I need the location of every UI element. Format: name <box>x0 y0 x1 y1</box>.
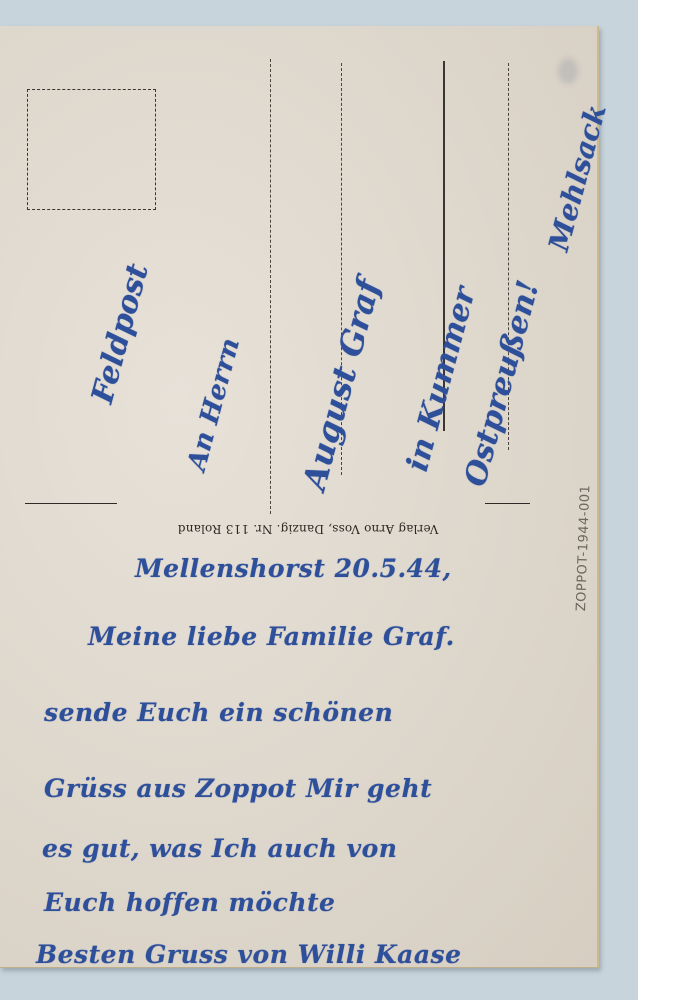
publisher-imprint: Verlag Arno Voss, Danzig. Nr. 113 Roland <box>123 522 493 536</box>
message-line-6: Euch hoffen möchte <box>44 888 335 917</box>
header-feldpost: Feldpost <box>85 260 156 407</box>
stamp-placeholder-box <box>27 89 156 210</box>
message-line-3: sende Euch ein schönen <box>44 698 393 727</box>
rule-left <box>25 503 117 504</box>
stain <box>558 58 578 84</box>
postcard-back: Verlag Arno Voss, Danzig. Nr. 113 Roland… <box>0 26 599 968</box>
pencil-catalog-note: ZOPPOT-1944-001 <box>574 484 593 611</box>
message-line-2: Meine liebe Familie Graf. <box>88 622 455 651</box>
message-line-7-signature: Besten Gruss von Willi Kaase <box>36 940 462 969</box>
address-divider-dashed <box>270 59 271 514</box>
message-line-1: Mellenshorst 20.5.44, <box>135 554 452 583</box>
salutation: An Herrn <box>182 335 246 474</box>
rule-right <box>485 503 530 504</box>
message-line-5: es gut, was Ich auch von <box>42 834 397 863</box>
message-line-4: Grüss aus Zoppot Mir geht <box>44 774 432 803</box>
